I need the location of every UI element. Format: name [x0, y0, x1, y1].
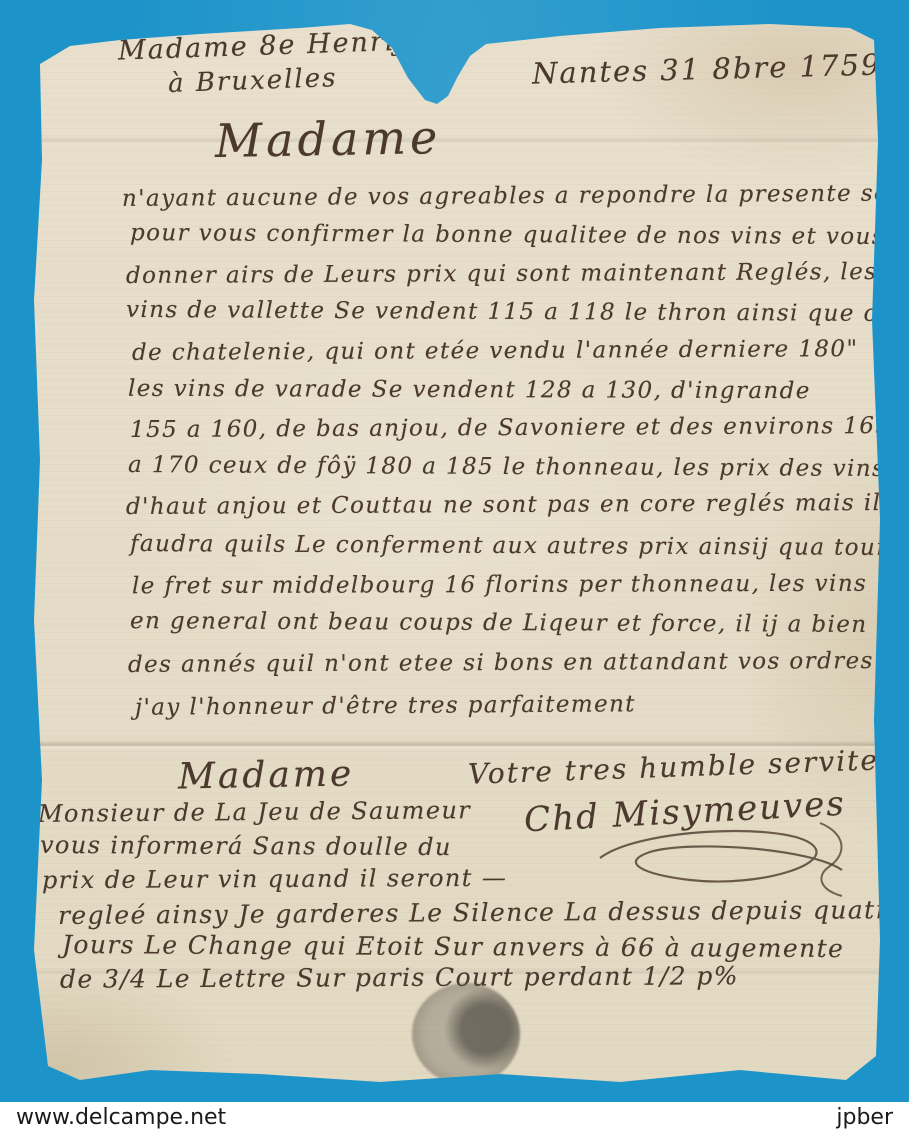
signature-flourish-icon — [580, 818, 860, 908]
address-line-1: Madame 8e Henrij Jr — [118, 24, 445, 66]
body-line: le fret sur middelbourg 16 florins per t… — [132, 571, 867, 600]
salutation: Madame — [215, 110, 442, 168]
fold-crease — [0, 136, 909, 146]
postscript-line: vous informerá Sans doulle du — [40, 831, 452, 861]
body-line: j'ay l'honneur d'être tres parfaitement — [135, 691, 636, 720]
dateline: Nantes 31 8bre 1759 — [532, 47, 882, 90]
body-line: des annés quil n'ont etee si bons en att… — [128, 648, 874, 678]
body-line: a 170 ceux de fôÿ 180 a 185 le thonneau,… — [128, 452, 885, 482]
letter-paper: Madame 8e Henrij Jr à Bruxelles Nantes 3… — [0, 0, 909, 1102]
postscript-line: Monsieur de La Jeu de Saumeur — [38, 796, 471, 828]
postscript-line: de 3/4 Le Lettre Sur paris Court perdant… — [60, 961, 739, 994]
postscript-line: prix de Leur vin quand il seront — — [42, 864, 507, 894]
watermark-right-text: jpber — [836, 1105, 893, 1130]
body-line: en general ont beau coups de Liqeur et f… — [130, 608, 868, 638]
postscript-line: Jours Le Change qui Etoit Sur anvers à 6… — [62, 930, 844, 963]
body-line: pour vous confirmer la bonne qualitee de… — [130, 220, 885, 250]
body-line: les vins de varade Se vendent 128 a 130,… — [128, 376, 811, 404]
body-line: d'haut anjou et Couttau ne sont pas en c… — [126, 490, 881, 520]
address-line-2: à Bruxelles — [168, 63, 338, 99]
body-line: faudra quils Le conferment aux autres pr… — [130, 531, 902, 561]
body-line: vins de vallette Se vendent 115 a 118 le… — [126, 297, 909, 327]
body-line: 155 a 160, de bas anjou, de Savoniere et… — [130, 413, 892, 443]
watermark-bar: www.delcampe.net jpber — [0, 1102, 909, 1132]
closing-salutation: Madame — [178, 753, 355, 797]
body-line: de chatelenie, qui ont etée vendu l'anné… — [132, 336, 859, 366]
body-line: n'ayant aucune de vos agreables a repond… — [122, 180, 909, 212]
watermark-left-text: www.delcampe.net — [16, 1105, 226, 1130]
body-line: donner airs de Leurs prix qui sont maint… — [126, 259, 878, 289]
postscript-line: regleé ainsy Je garderes Le Silence La d… — [58, 895, 905, 930]
photo-background: Madame 8e Henrij Jr à Bruxelles Nantes 3… — [0, 0, 909, 1132]
wax-seal-stain — [412, 983, 520, 1085]
